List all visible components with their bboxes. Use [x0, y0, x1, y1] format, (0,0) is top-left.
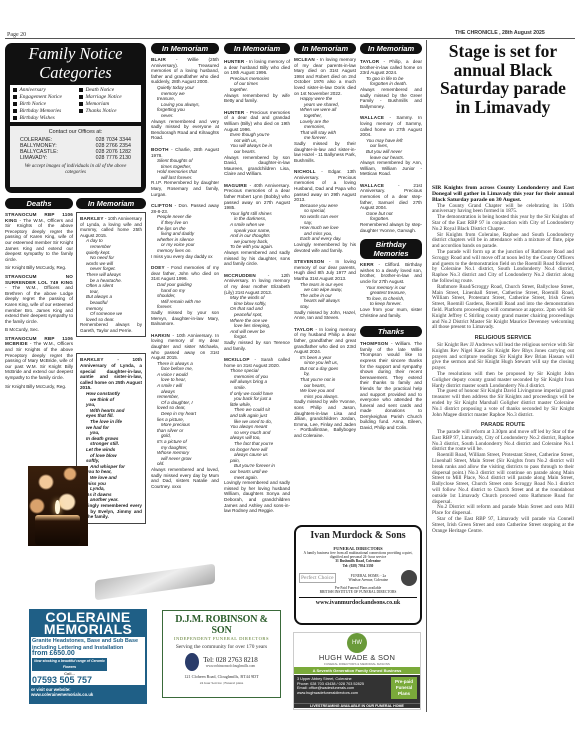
- notice: WALLACE - Sammy. In loving memory of Sam…: [360, 115, 422, 137]
- article-headline: Stage is set for annual Black Saturday p…: [432, 42, 574, 116]
- notice-signature: B McCurdy, Sec.: [5, 327, 73, 333]
- categories-title: Family NoticeCategories: [5, 44, 146, 82]
- article-body: SIR Knights from across County Londonder…: [432, 185, 574, 534]
- article-lead: SIR Knights from across County Londonder…: [432, 185, 574, 204]
- notice-name: HUNTER: [224, 110, 244, 115]
- ad-title: HUGH WADE & SON: [294, 653, 420, 662]
- ad-tagline: Serving the community for over 170 years: [166, 644, 277, 650]
- notice: HUNTER - In loving memory of a dear husb…: [224, 59, 290, 76]
- contact-box: Contact our Offices at: COLERAINE:028 70…: [10, 126, 141, 187]
- notice-name: STRANOCUM NO SURRENDER LOL 749 KING: [5, 274, 73, 285]
- office-name: LIMAVADY:: [20, 155, 47, 161]
- notice-name: STEVENSON: [294, 259, 324, 264]
- notices-list: BLAIR - Willie (25th Anniversary). Treas…: [151, 57, 219, 489]
- notice-name: BARKLEY: [80, 357, 104, 362]
- notice-signature: I miss you every day daddy xx: [151, 254, 219, 260]
- notice: STRANOCUM NO SURRENDER LOL 749 KING - Th…: [5, 274, 73, 324]
- notice-signature: Always remembered and sadly missed by th…: [360, 87, 422, 109]
- notice-name: BARKLEY: [80, 216, 104, 221]
- perfect-choice-logo: Perfect Choice: [299, 573, 336, 583]
- notice: MCKILLOP - Sarah called home on 31st Aug…: [224, 357, 290, 368]
- memoriam-column-5: In Memoriam MCLEAN - In loving memory of…: [294, 43, 356, 445]
- category-item: Anniversary: [13, 87, 77, 94]
- notice: BLAIR - Willie (25th Anniversary). Treas…: [151, 57, 219, 85]
- birthday-notice: KERR - Clifford. Birthday wishes to a de…: [360, 262, 422, 318]
- ad-subtitle: FUNERAL DIRECTORS & MEMORIAL MASONS: [294, 662, 420, 666]
- ad-address: 121 Cloheen Road, Cloughmills, BT44 9DT: [166, 674, 277, 679]
- notice-signature: Always remembered and very sadly missed …: [151, 119, 219, 141]
- notice: STEVENSON - In loving memory of our dear…: [294, 259, 356, 281]
- notice: MAGUIRE - 40th Anniversary. Precious mem…: [224, 183, 290, 211]
- deaths-header: Deaths: [5, 198, 73, 209]
- ad-description: A family business free from all multinat…: [299, 551, 417, 559]
- notices-list: HUNTER - In loving memory of a dear husb…: [224, 59, 290, 514]
- notice-text: - 10th Anniversary of Lynda, a special d…: [80, 357, 142, 390]
- category-item: Memoriam: [79, 101, 143, 108]
- contact-title: Contact our Offices at:: [20, 129, 131, 135]
- article-paragraphs: Sir Knight Rev JJ Andrews will lead the …: [432, 343, 574, 418]
- notice: TAYLOR - In loving memory of my husband …: [294, 327, 356, 355]
- coleraine-memorials-ad: COLERAINE MEMORIALS Granite Headstones, …: [29, 609, 147, 704]
- notice-name: WALLACE: [360, 115, 384, 120]
- notice-text: - In loving memory of my dear parents-in…: [294, 57, 356, 96]
- scroll-graphic: [95, 564, 215, 601]
- notice: MCLEAN - In loving memory of my dear par…: [294, 57, 356, 96]
- candle-flame: [55, 500, 60, 514]
- memoriam-column-6: In Memoriam TAYLOR - Philip, a dear brot…: [360, 43, 422, 434]
- ad-livestream: LIVESTREAMING AVAILABLE IN OUR FUNERAL H…: [294, 703, 420, 708]
- article-paragraph: Sir Knight Rev JJ Andrews will lead the …: [432, 343, 574, 372]
- notice-name: DOEY: [151, 265, 165, 270]
- notice: HUNTER - Precious memories of a dear dad…: [224, 110, 290, 132]
- notice-signature: Sadly missed by your son Mervyn, daughte…: [151, 310, 219, 327]
- notice-signature: Always remembered by Ann, William, Willi…: [360, 160, 422, 177]
- ad-contact: Tel: 028 2763 8218 www.robinsonsofclough…: [166, 653, 277, 671]
- notice-signature: Lovingly remembered and sadly missed by …: [224, 480, 290, 514]
- notice-signature: Always remembered by wife Betty and fami…: [224, 93, 290, 104]
- category-item: Birthday Memories: [13, 108, 77, 115]
- notice-text: - The W.M., Officers and Sir Knights of …: [5, 341, 73, 380]
- in-memoriam-header: In Memoriam: [76, 198, 146, 209]
- ad-funeral-home: FUNERAL HOME: - 2a Windsor Avenue, Coler…: [348, 574, 388, 582]
- ad-tagline: A Seventh Generation Family Owned Busine…: [294, 667, 420, 674]
- notice-name: TAYLOR: [360, 59, 379, 64]
- notice: DOEY - Fond memories of my dear father, …: [151, 265, 219, 282]
- title-line-1: Family Notice: [5, 44, 146, 63]
- ad-phone: 07593 505 757: [32, 677, 144, 684]
- category-item: Thanks Notice: [79, 108, 143, 115]
- ad-website[interactable]: www.robinsonsofcloughmills.com: [203, 664, 258, 668]
- notice-name: HUNTER: [224, 59, 244, 64]
- office-row: LIMAVADY:028 7776 2130: [20, 155, 131, 161]
- birthday-memories-header: Birthday Memories: [360, 239, 422, 259]
- verse: A day torememberquietly kept.No need for…: [80, 238, 142, 322]
- column-rule: [426, 40, 427, 712]
- notice: MCCRUDDEN - 12th Anniversary. In loving …: [224, 273, 290, 295]
- thanks-header: Thanks: [360, 326, 422, 337]
- in-memoriam-header: In Memoriam: [151, 43, 219, 54]
- memoriam-column-3: In Memoriam BLAIR - Willie (25th Anniver…: [151, 43, 219, 495]
- article-paragraph: The resolutions will then be proposed by…: [432, 372, 574, 389]
- article-paragraph: The guest of honour Sir Knight David Liv…: [432, 389, 574, 418]
- article-paragraphs: The County Grand Chapter will be celebra…: [432, 204, 574, 332]
- in-memoriam-header: In Memoriam: [294, 43, 356, 54]
- ad-title: Ivan Murdock & Sons: [299, 530, 417, 541]
- masthead: THE CHRONICLE , 28th August 2025: [455, 30, 545, 36]
- office-phone: 028 7776 2130: [96, 155, 131, 161]
- notice-name: MCCRUDDEN: [224, 273, 256, 278]
- crest-icon: [401, 570, 417, 586]
- ivan-murdock-ad: Ivan Murdock & Sons FUNERAL DIRECTORS A …: [294, 525, 422, 625]
- article-paragraph: Star of the East RBP 97, Limavady will p…: [432, 517, 574, 534]
- notice-signature: Lovingly remembered every day by Evelyn,…: [80, 503, 142, 520]
- article-paragraph: The demonstration is being hosted this y…: [432, 215, 574, 232]
- hw-logo-icon: HW: [347, 633, 367, 653]
- notice-signature: R.I.P. Remembered by daughter Mary, Rose…: [151, 180, 219, 197]
- notice: HARKIN - 10th Anniversary. In loving mem…: [151, 333, 219, 361]
- notice-text: - The W.M., Officers and Brethren of the…: [5, 285, 73, 324]
- notice-signature: Sadly missed by son Terence and family.: [224, 340, 290, 351]
- article-paragraph: Roemill Road, William Street, Protestant…: [432, 453, 574, 505]
- article-paragraphs: The parade will reform at 3.30pm and mov…: [432, 430, 574, 534]
- ad-price: from £650.00: [32, 650, 75, 657]
- notice-name: WALLACE: [360, 183, 384, 188]
- ad-phone: Tel: 028 2763 8218: [203, 656, 258, 664]
- notice-name: BOOTH: [151, 147, 169, 152]
- notices-list: MCLEAN - In loving memory of my dear par…: [294, 57, 356, 439]
- notice-name: BLAIR: [151, 57, 166, 62]
- ad-website-link[interactable]: www.ivanmurdockandsons.co.uk: [299, 597, 417, 606]
- notice: STRANOCUM RBP 1106 KING - The W.M., Offi…: [5, 212, 73, 262]
- notice-signature: Sadly missed by their daughter-in-law an…: [294, 141, 356, 163]
- notice-name: TAYLOR: [294, 327, 313, 332]
- thanks-notice: THOMPSON - William. The family of the la…: [360, 341, 422, 431]
- notice: CLIFTON - Don. Passed away 28-8-23.: [151, 203, 219, 214]
- notice-name: HARKIN: [151, 333, 170, 338]
- memoriam-column-4: In Memoriam HUNTER - In loving memory of…: [224, 43, 290, 520]
- notice-signature: Remembered always by Gareth, Taylor and …: [80, 322, 142, 333]
- in-memoriam-header: In Memoriam: [360, 43, 422, 54]
- article-paragraph: The parade will reform at 3.30pm and mov…: [432, 430, 574, 453]
- notice-signature: Remembered always by step-daughter Yvonn…: [360, 222, 422, 233]
- notice-name: MCLEAN: [294, 57, 315, 62]
- notice-signature: Sadly missed by John, Hazel, Anne, Ian a…: [294, 310, 356, 321]
- category-list: Anniversary Death Notice Engagement Noti…: [10, 85, 141, 122]
- notice-signature: Always remembered and loved, sadly misse…: [151, 467, 219, 489]
- notice-text: - William. The family of the late Willie…: [360, 341, 422, 430]
- category-item: Birthday Wishes: [13, 115, 77, 122]
- notice-signature: Always remembered and sadly missed by hi…: [224, 250, 290, 267]
- notice-signature: Love from your mum, sister Christine and…: [360, 307, 422, 318]
- ad-contact: 3 Upper Abbey Street, Coleraine Phone: 0…: [294, 675, 420, 703]
- djm-robinson-ad: D.J.M. ROBINSON & SON INDEPENDENT FUNERA…: [162, 610, 281, 698]
- ad-note: Now stocking a beautiful range of Cerami…: [32, 658, 107, 671]
- notice-text: - The W.M., Officers and Sir Knights of …: [5, 218, 73, 262]
- notice: TAYLOR - Philip, a dear brother-in-law c…: [360, 59, 422, 76]
- category-item: Death Notice: [79, 87, 143, 94]
- ad-institute: BRITISH INSTITUTE OF FUNERAL DIRECTORS: [299, 590, 417, 594]
- ad-services: 24 hour Service | Funeral plans: [166, 681, 277, 685]
- notice-name: THOMPSON: [360, 341, 388, 346]
- notice: KERR - Clifford. Birthday wishes to a de…: [360, 262, 422, 284]
- title-line-2: Categories: [5, 63, 146, 82]
- notice-signature: Sadly missed by wife Yvonne, sons Philip…: [294, 399, 356, 438]
- ad-subtitle: INDEPENDENT FUNERAL DIRECTORS: [166, 636, 277, 641]
- ad-title: MEMORIALS: [31, 623, 145, 635]
- notice-signature: Always remembered by son David, daughter…: [224, 155, 290, 177]
- notice-signature: Lovingly remembered by his devoted wife …: [294, 242, 356, 253]
- in-memoriam-header: In Memoriam: [224, 43, 290, 54]
- notices-list: TAYLOR - Philip, a dear brother-in-law c…: [360, 59, 422, 233]
- article-paragraph: Sir Knights from Coleraine, Raphoe and S…: [432, 233, 574, 250]
- article-paragraph: The parade will form up at the junction …: [432, 250, 574, 285]
- notice-name: KERR: [360, 262, 374, 267]
- ad-body: Granite Headstones, Base and Sub Base in…: [31, 637, 145, 685]
- notice-signature: Sir Knight Billy McCurdy, Reg.: [5, 384, 73, 390]
- crest-icon: [185, 653, 199, 671]
- ad-body-text: Granite Headstones, Base and Sub Base in…: [32, 638, 138, 651]
- notice-name: CLIFTON: [151, 203, 172, 208]
- barkley-notice-1: BARKLEY - 10th Anniversary of Lynda, a l…: [76, 212, 146, 337]
- notice-name: MAGUIRE: [224, 183, 247, 188]
- prepaid-plans-badge: Pre-paid Funeral Plans: [391, 677, 417, 699]
- notice: STRANOCUM RBP 1106 MCBRIDE - The W.M., O…: [5, 336, 73, 381]
- candle-image: [35, 515, 80, 545]
- article-paragraph: Rathmore Road/Scroggy Road, Church Stree…: [432, 285, 574, 331]
- ad-phone: Tel: (028) 7034 3330: [299, 564, 417, 568]
- notice: BOOTH - Charlie, 28th August 1978.: [151, 147, 219, 158]
- ad-title: D.J.M. ROBINSON & SON: [166, 614, 277, 636]
- notice: NICHOLL - Edgar. 13th Anniversary. Preci…: [294, 169, 356, 203]
- verse: How constantlywe think ofyou,With hearts…: [80, 391, 142, 503]
- notice-name: NICHOLL: [294, 169, 316, 174]
- category-item: Birth Notice: [13, 101, 77, 108]
- notice: WALLACE - 21st Anniversary. Precious mem…: [360, 183, 422, 211]
- hugh-wade-ad: HW HUGH WADE & SON FUNERAL DIRECTORS & M…: [293, 632, 421, 710]
- ad-website-link[interactable]: www.colerainememorials.co.uk: [31, 692, 145, 697]
- category-item: Engagement Notice: [13, 94, 77, 101]
- images-note: We accept images of individuals in all o…: [20, 164, 131, 176]
- header-rule: [5, 38, 575, 39]
- deaths-column: Deaths STRANOCUM RBP 1106 KING - The W.M…: [5, 198, 73, 392]
- category-item: Marriage Notice: [79, 94, 143, 101]
- notice-name: MCKILLOP: [224, 357, 250, 362]
- notice-signature: Sir Knight Billy McCurdy, Reg.: [5, 265, 73, 271]
- ad-row: Perfect Choice FUNERAL HOME: - 2a Windso…: [299, 570, 417, 586]
- notice-text: - Edgar. 13th Anniversary. Precious memo…: [294, 169, 356, 202]
